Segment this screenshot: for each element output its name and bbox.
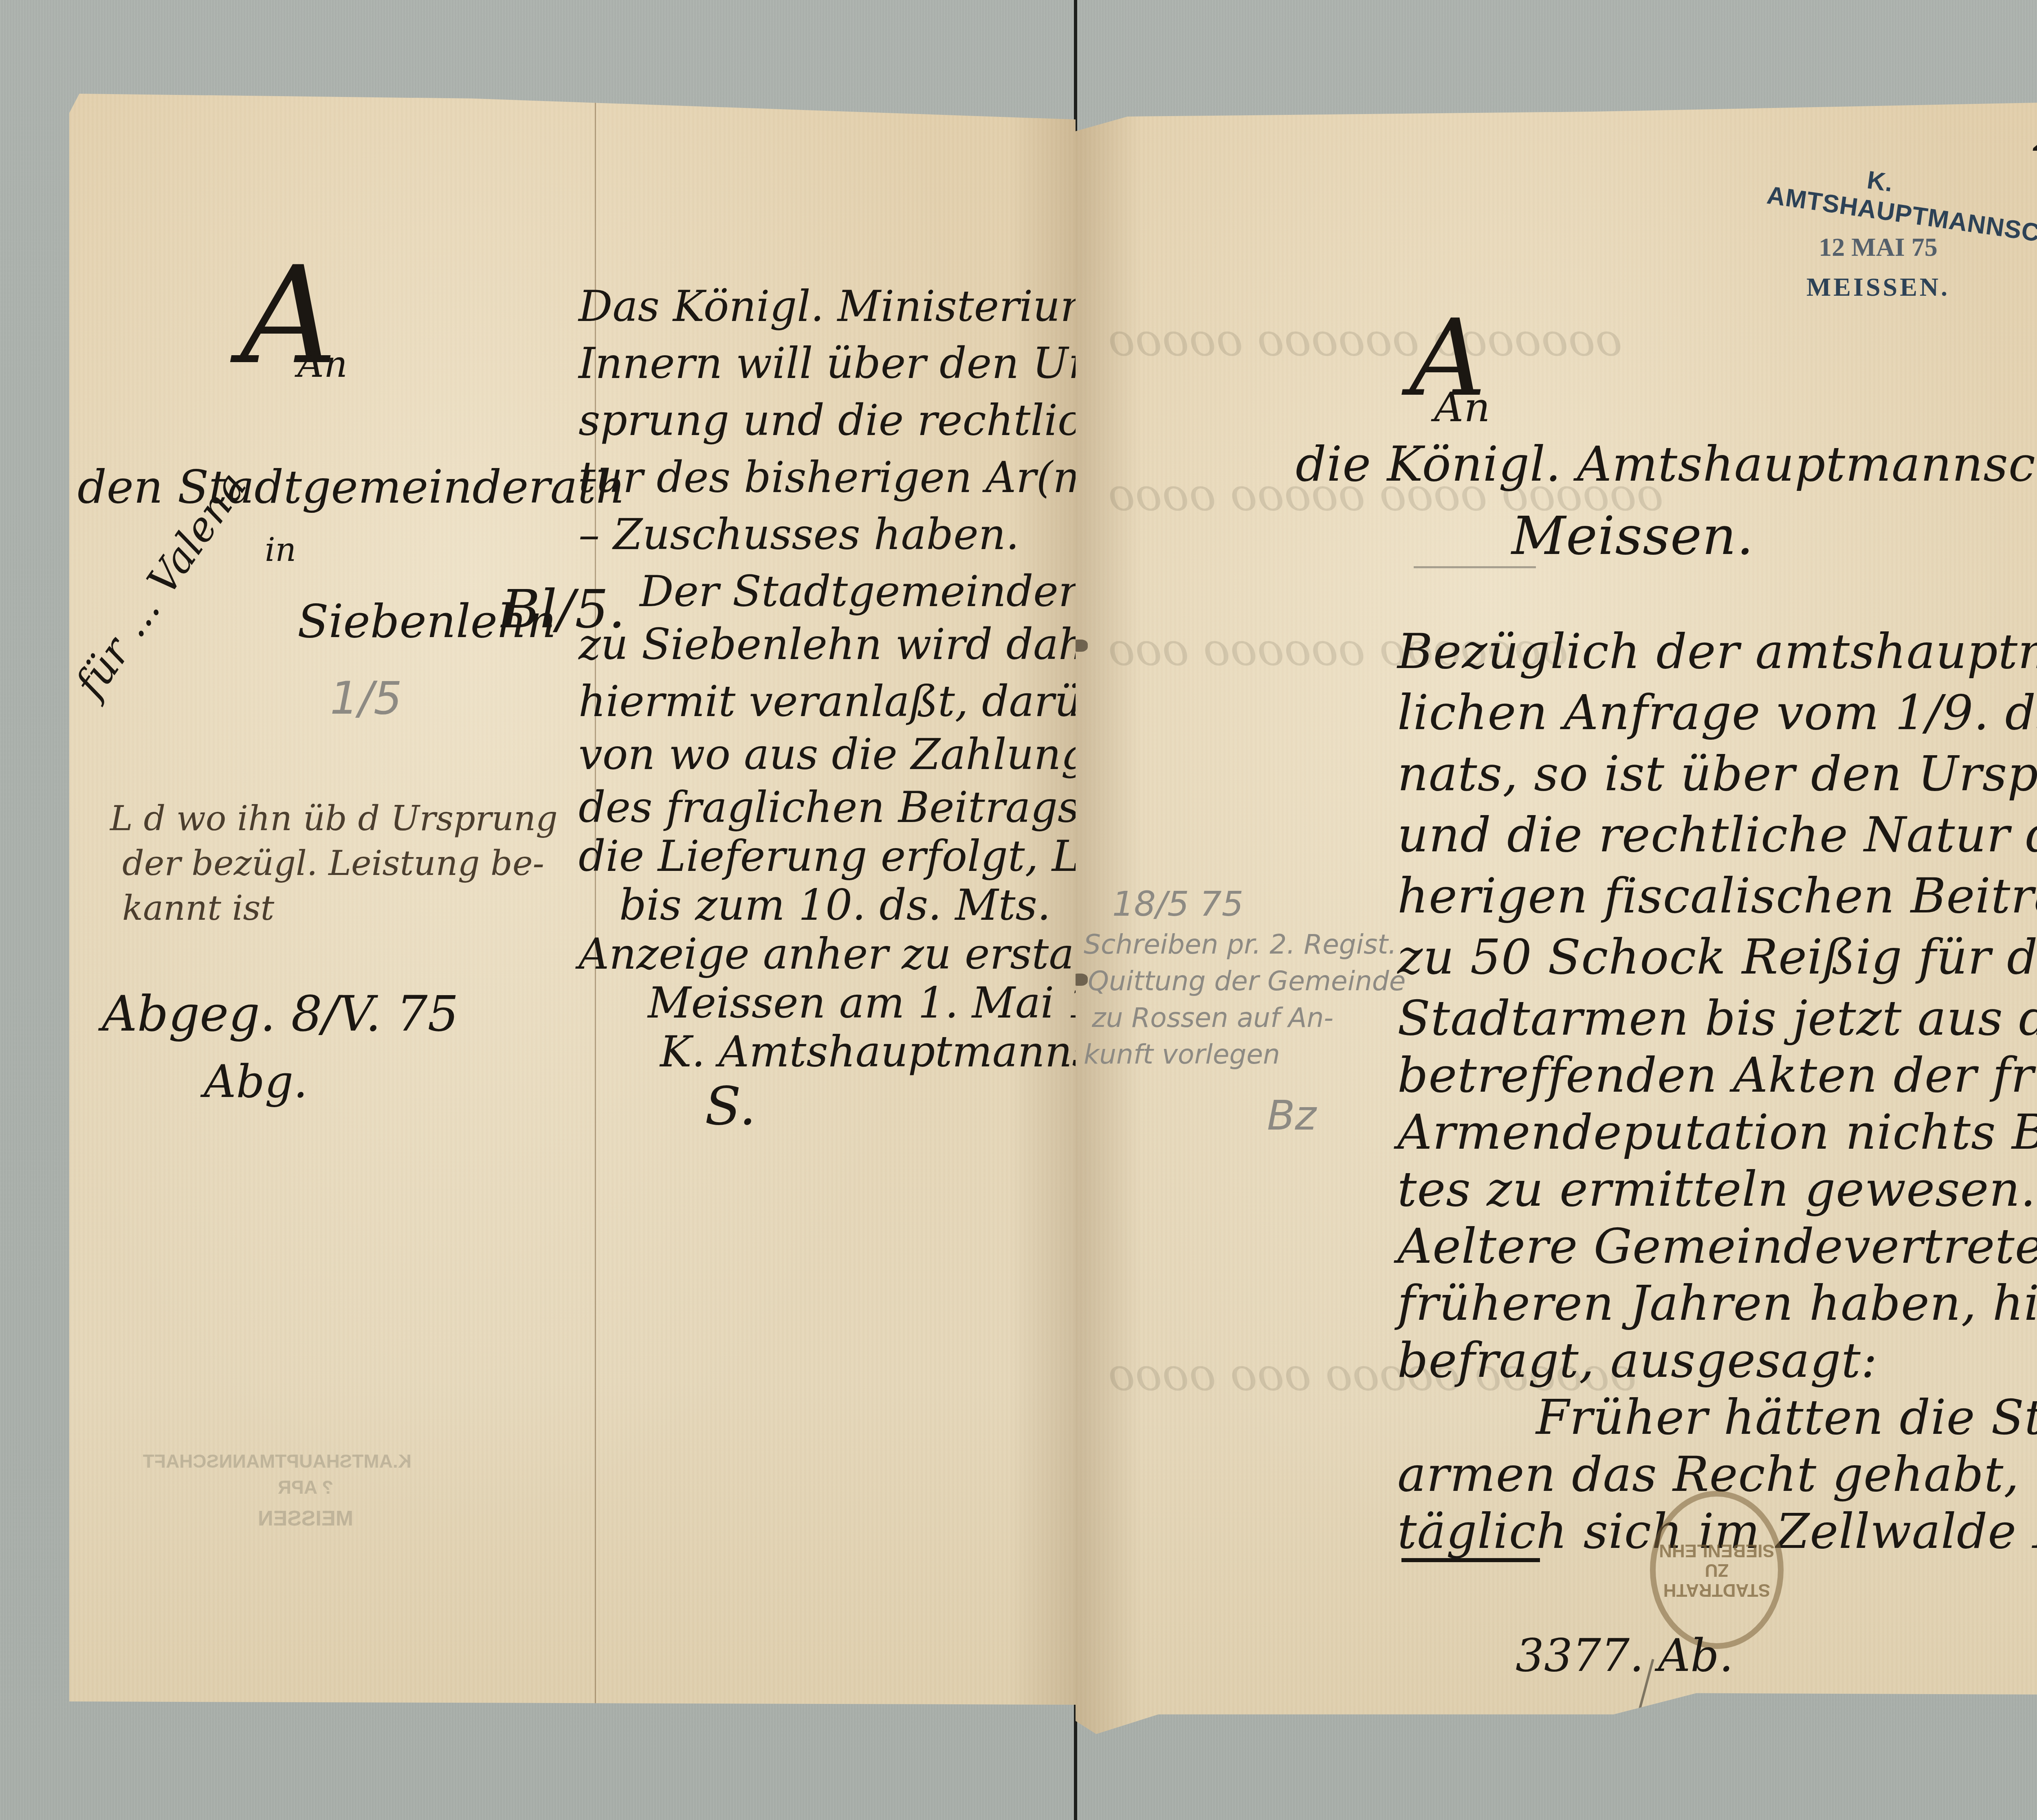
brown-note-line-3: kannt ist [122,888,274,928]
body-line: lichen Anfrage vom 1/9. dss. Mo- [1397,688,2037,736]
address-line-an: An [297,346,348,383]
file-number: 3377. Ab. [1516,1629,1733,1682]
body-line: Früher hätten die Stadt- [1536,1393,2037,1441]
received-date-stamp: K. AMTSHAUPTMANNSCHAFT 12 MAI 75 MEISSEN… [1768,167,1988,302]
body-line: die Lieferung erfolgt, L [579,835,1080,877]
right-page: ooooooo oooooo ooooo oooooo oooo ooooo o… [1076,102,2037,1737]
address-line-recipient: den Stadtgemeinderath [77,464,625,510]
pencil-note-line: Quittung der Gemeinde [1088,965,1406,997]
body-line: hiermit veranlaßt, darüber, [579,680,1163,723]
pencil-initials: Bz [1267,1092,1316,1139]
address-line-recipient: die Königl. Amtshauptmannschaft [1296,440,2037,488]
body-line: Stadtarmen bis jetzt aus den [1397,994,2037,1042]
body-line: nats, so ist über den Ursprung [1397,750,2037,798]
body-line: Innern will über den Ur- [579,342,1103,385]
body-line: und die rechtliche Natur des bis- [1397,811,2037,859]
bleed-through-stamp: K.AMTSHAUPTMANNSCHAFT ? APR MEISSEN [200,1450,411,1531]
body-line: zu Siebenlehn wird daher [579,623,1131,666]
pencil-note-date: 18/5 75 [1112,884,1243,924]
body-line: armen das Recht gehabt, [1397,1450,2019,1498]
body-line: herigen fiscalischen Beitrags [1397,872,2037,920]
signoff-initials: Abg. [204,1059,308,1104]
body-line: tes zu ermitteln gewesen. [1397,1165,2036,1213]
left-page: A An den Stadtgemeinderath in Siebenlehn… [69,94,1076,1705]
body-line: Armendeputation nichts Bestimm- [1397,1108,2037,1156]
address-line-city: Meissen. [1511,509,1754,562]
body-line: früheren Jahren haben, hierüber [1397,1279,2037,1327]
pencil-note-line: zu Rossen auf An- [1092,1002,1333,1033]
signoff-date: Abgeg. 8/V. 75 [102,990,459,1039]
municipal-seal-stamp: STADTRATH ZU SIEBENLEHN [1650,1491,1784,1649]
body-line: Der Stadtgemeinderath [640,570,1148,613]
page-fold-crease [595,94,596,1705]
address-line-an: An [1434,387,1491,428]
bleed-through-text: ooooooo oooooo ooooo [1108,314,1622,366]
pencil-note: 1/5 [330,672,402,724]
folio-number: 2 [2033,106,2037,163]
pencil-note-line: kunft vorlegen [1084,1039,1280,1070]
brown-note-line-2: der bezügl. Leistung be- [122,843,544,883]
address-line-in: in [265,534,296,566]
body-line: – Zuschusses haben. [579,513,1019,556]
body-line: zu 50 Schock Reißig für die [1397,933,2037,981]
pencil-underline [1414,566,1536,568]
signature-initial: S. [705,1079,756,1132]
body-line: bis zum 10. ds. Mts. [619,884,1051,926]
body-line: Aeltere Gemeindevertreter aus [1397,1222,2037,1270]
body-line: Bezüglich der amtshauptmannschaft- [1397,627,2037,675]
body-line: betreffenden Akten der früheren [1397,1051,2037,1099]
brown-note-line-1: L d wo ihn üb d Ursprung [110,798,558,838]
body-line: befragt, ausgesagt: [1397,1336,1878,1384]
pencil-note-line: Schreiben pr. 2. Regist. [1084,929,1397,960]
body-line: von wo aus die Zahlung [579,733,1088,776]
underline-taeglich [1401,1558,1540,1562]
